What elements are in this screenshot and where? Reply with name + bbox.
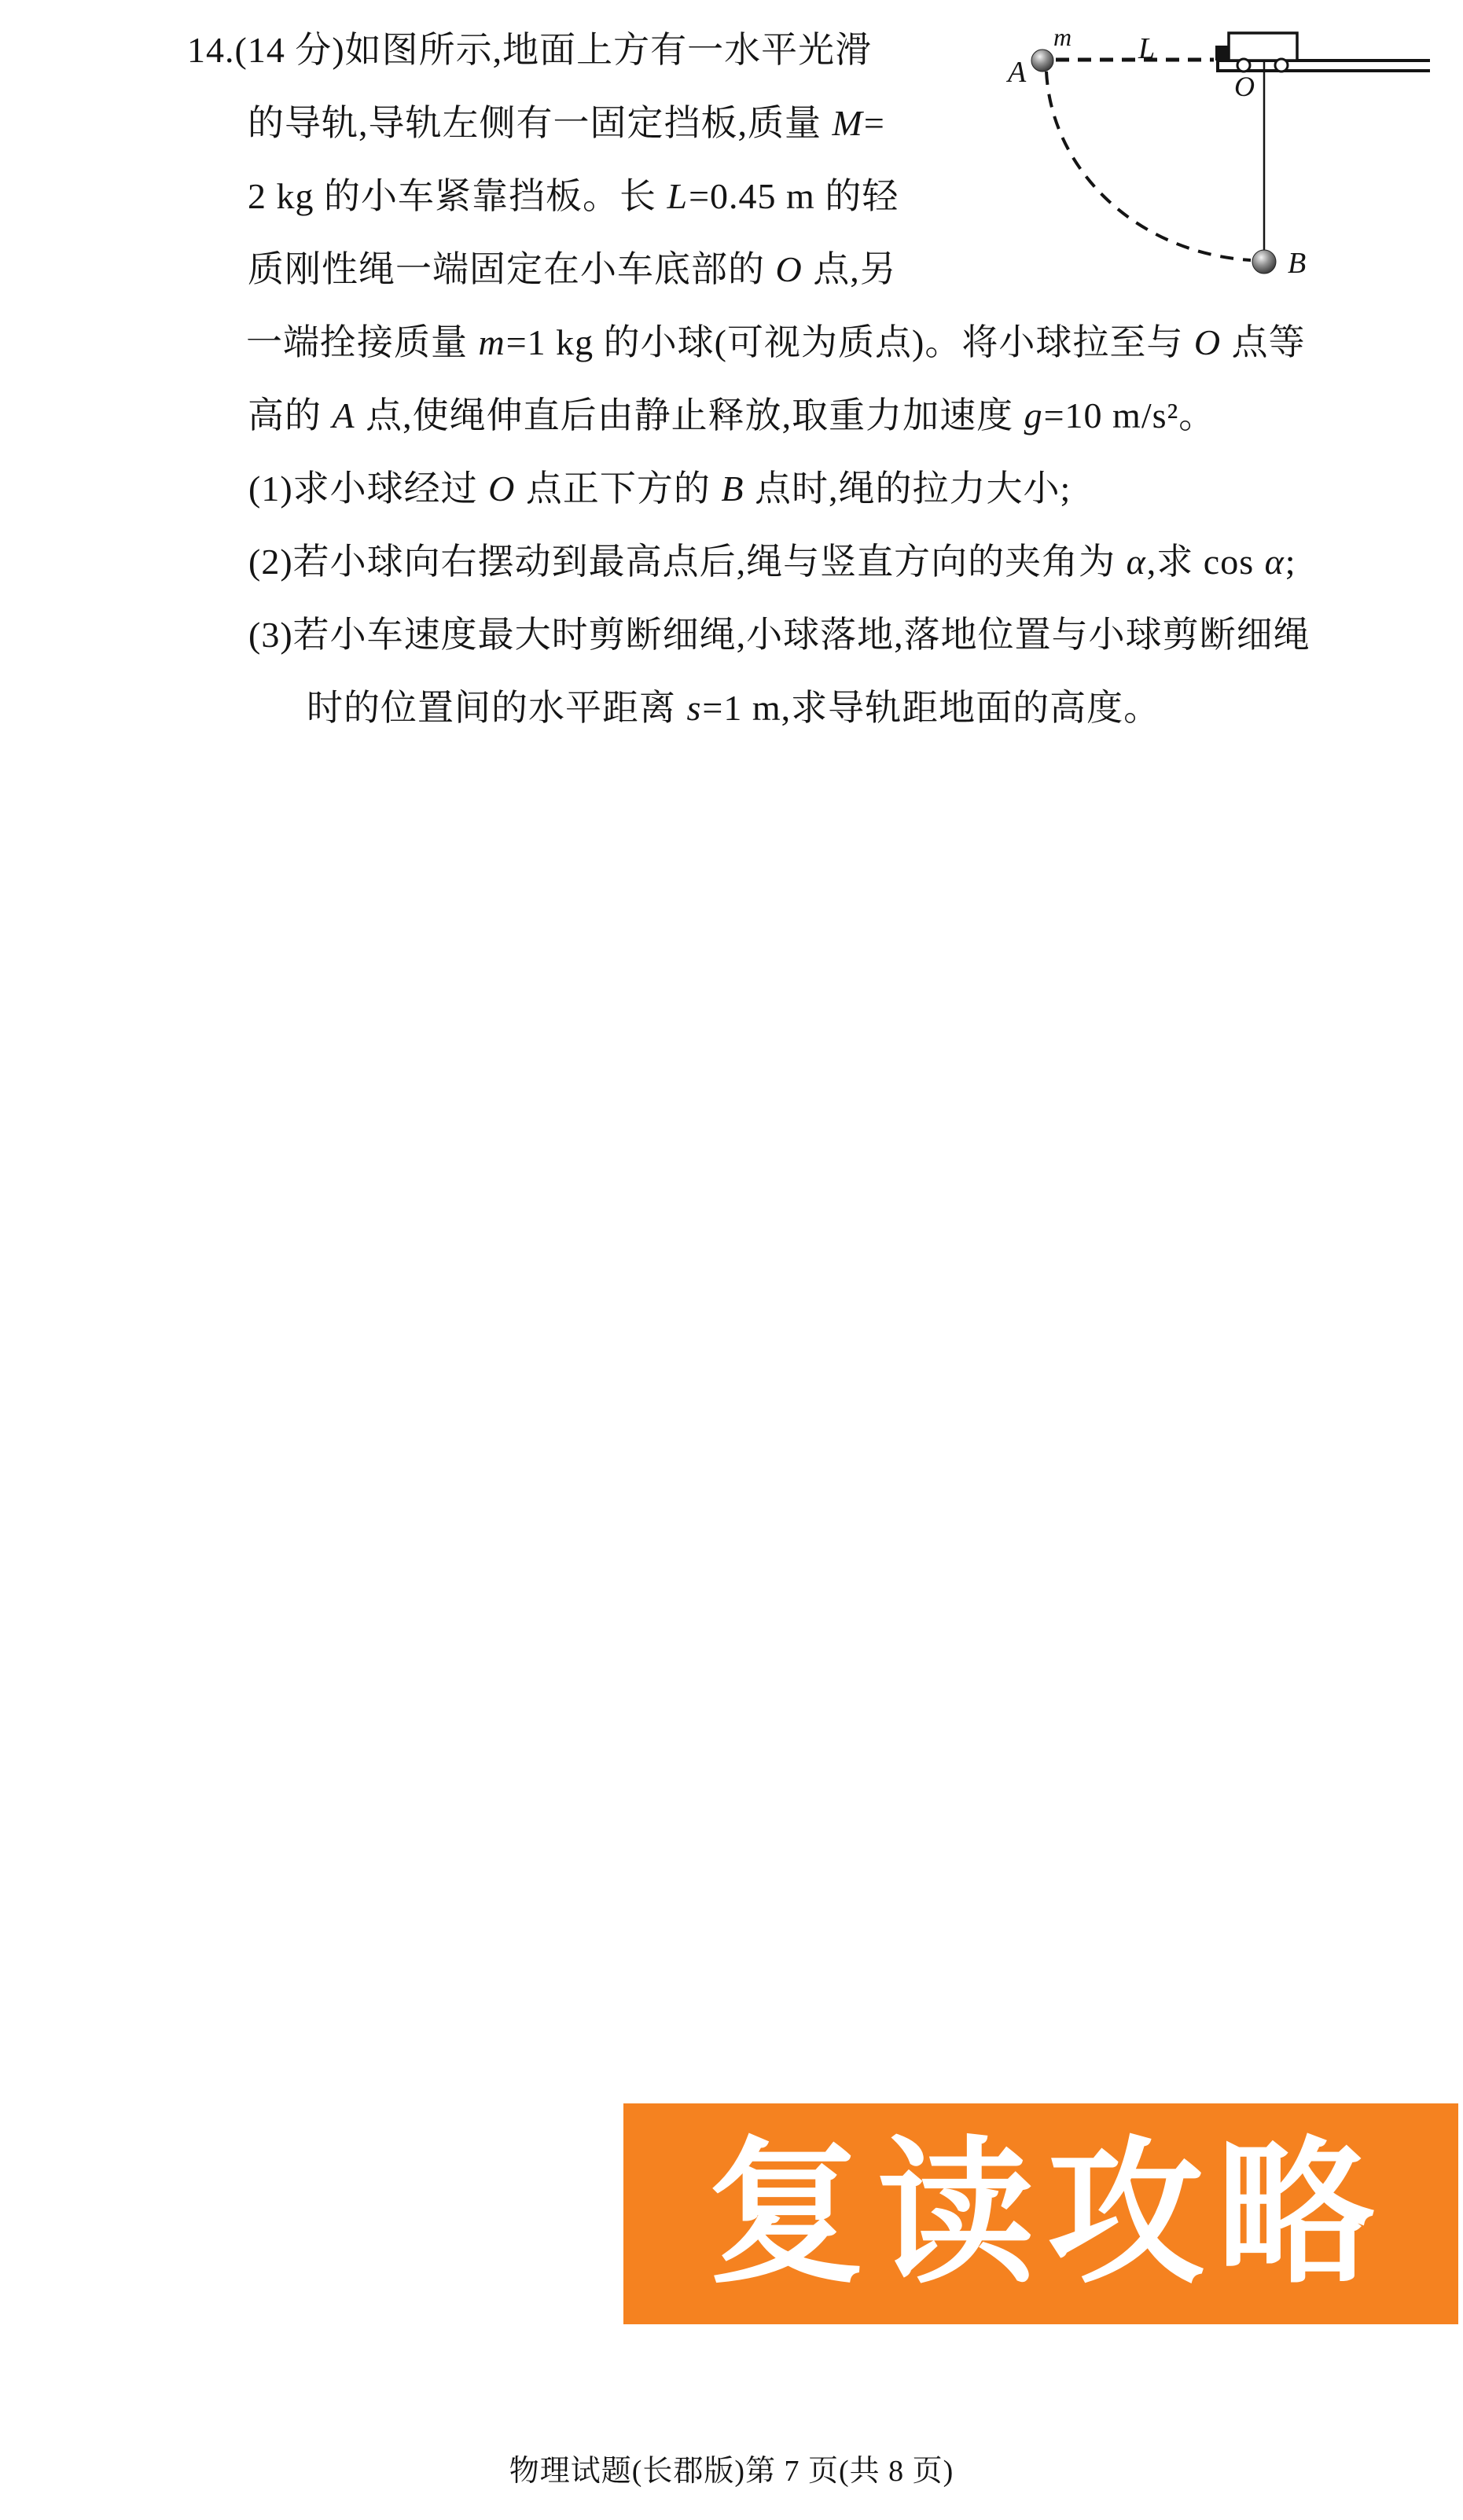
text-segment: 2 kg 的小车紧靠挡板。长 xyxy=(248,176,667,216)
math-variable: O xyxy=(487,468,516,509)
problem-line: 2 kg 的小车紧靠挡板。长 L=0.45 m 的轻 xyxy=(248,174,899,218)
cart-body xyxy=(1229,33,1297,61)
text-segment: ; xyxy=(1285,542,1296,582)
label-point-O: O xyxy=(1234,71,1255,102)
ball-B xyxy=(1252,250,1276,274)
label-length-L: L xyxy=(1138,32,1155,65)
text-segment: 点正下方的 xyxy=(516,468,720,509)
text-segment: =10 m/s²。 xyxy=(1044,395,1216,435)
text-segment: 点,另 xyxy=(803,249,897,289)
text-segment: 点时,绳的拉力大小; xyxy=(744,468,1071,509)
page-footer: 物理试题(长郡版)第 7 页(共 8 页) xyxy=(0,2446,1463,2489)
text-segment: 时的位置间的水平距离 xyxy=(307,688,686,728)
text-segment: (3)若小车速度最大时剪断细绳,小球落地,落地位置与小球剪断细绳 xyxy=(248,615,1310,655)
math-variable: O xyxy=(1193,322,1222,362)
ball-A xyxy=(1031,50,1053,72)
text-segment: (2)若小球向右摆动到最高点后,绳与竖直方向的夹角为 xyxy=(248,542,1126,582)
math-variable: O xyxy=(775,249,803,289)
text-segment: ,求 cos xyxy=(1147,542,1264,582)
problem-line: 高的 A 点,使绳伸直后由静止释放,取重力加速度 g=10 m/s²。 xyxy=(248,394,1215,437)
text-segment: 14.(14 分)如图所示,地面上方有一水平光滑 xyxy=(187,30,872,70)
math-variable: M xyxy=(832,103,864,143)
exam-page: 14.(14 分)如图所示,地面上方有一水平光滑 的导轨,导轨左侧有一固定挡板,… xyxy=(0,0,1463,2520)
text-segment: =1 m,求导轨距地面的高度。 xyxy=(702,688,1160,728)
subquestion-3-cont: 时的位置间的水平距离 s=1 m,求导轨距地面的高度。 xyxy=(307,686,1160,729)
cart-wheel-right xyxy=(1275,59,1288,72)
label-point-A: A xyxy=(1005,56,1027,89)
text-segment: = xyxy=(864,103,885,143)
math-variable: α xyxy=(1264,542,1285,582)
dashed-swing-arc xyxy=(1046,72,1251,260)
text-segment: =0.45 m 的轻 xyxy=(689,176,899,216)
problem-line: 一端拴接质量 m=1 kg 的小球(可视为质点)。将小球拉至与 O 点等 xyxy=(246,321,1306,364)
label-mass-m: m xyxy=(1053,23,1072,51)
math-variable: m xyxy=(478,322,506,362)
text-segment: =1 kg 的小球(可视为质点)。将小球拉至与 xyxy=(506,322,1193,362)
text-segment: 点,使绳伸直后由静止释放,取重力加速度 xyxy=(356,395,1024,435)
text-segment: 的导轨,导轨左侧有一固定挡板,质量 xyxy=(248,103,832,143)
promo-banner-text: 复读攻略 xyxy=(695,2136,1387,2293)
math-variable: A xyxy=(332,395,356,435)
cart-wheel-left xyxy=(1237,59,1250,72)
label-point-B: B xyxy=(1288,247,1306,280)
text-segment: (1)求小球经过 xyxy=(248,468,487,509)
math-variable: B xyxy=(720,468,744,509)
problem-line: 质刚性绳一端固定在小车底部的 O 点,另 xyxy=(248,248,897,291)
text-segment: 质刚性绳一端固定在小车底部的 xyxy=(248,249,775,289)
problem-line: 14.(14 分)如图所示,地面上方有一水平光滑 xyxy=(187,28,872,72)
pendulum-cart-diagram: m A L O B xyxy=(991,12,1463,291)
math-variable: s xyxy=(686,688,703,728)
text-segment: 一端拴接质量 xyxy=(246,322,478,362)
problem-line: 的导轨,导轨左侧有一固定挡板,质量 M= xyxy=(248,101,885,145)
text-segment: 点等 xyxy=(1222,322,1306,362)
subquestion-2: (2)若小球向右摆动到最高点后,绳与竖直方向的夹角为 α,求 cos α; xyxy=(248,540,1296,583)
math-variable: α xyxy=(1126,542,1147,582)
subquestion-3: (3)若小车速度最大时剪断细绳,小球落地,落地位置与小球剪断细绳 xyxy=(248,613,1310,656)
text-segment: 高的 xyxy=(248,395,332,435)
math-variable: L xyxy=(667,176,689,216)
promo-banner: 复读攻略 xyxy=(623,2103,1458,2324)
math-variable: g xyxy=(1024,395,1044,435)
subquestion-1: (1)求小球经过 O 点正下方的 B 点时,绳的拉力大小; xyxy=(248,467,1071,510)
